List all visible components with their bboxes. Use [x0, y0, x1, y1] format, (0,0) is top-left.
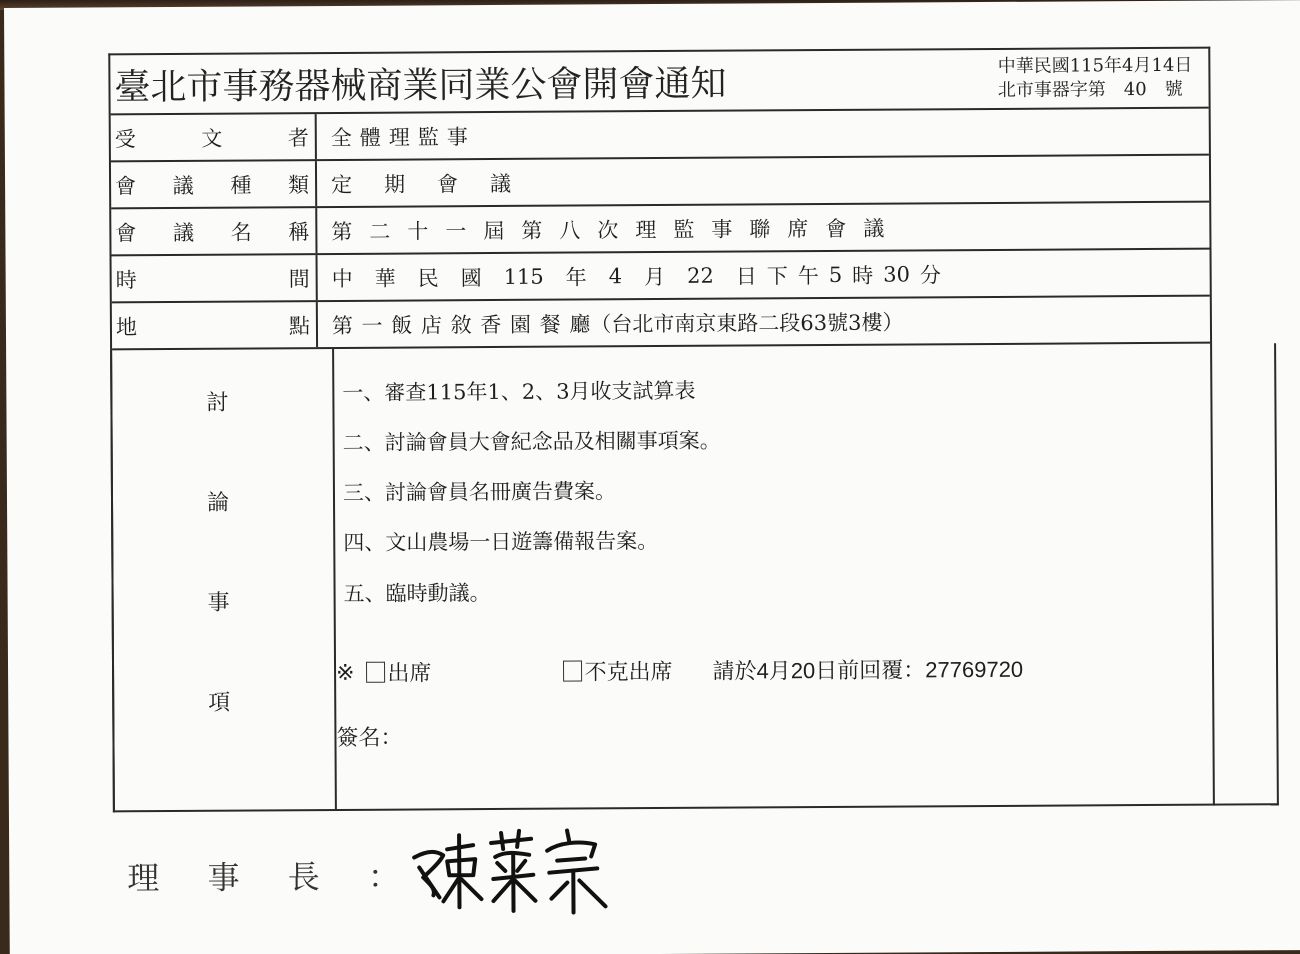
label-char: 議 — [173, 169, 194, 199]
meeting-name-row: 會 議 名 稱 第二十一屆第八次理監事聯席會議 — [111, 203, 1209, 257]
time-part: 30 — [883, 262, 910, 286]
recipient-value: 全體理監事 — [317, 109, 1209, 159]
doc-number: 40 — [1106, 79, 1165, 100]
agenda-label: 討 論 事 項 — [112, 349, 337, 810]
label-char: 種 — [230, 169, 251, 199]
agenda-item: 五、臨時動議。 — [343, 577, 490, 608]
header-row: 臺北市事務器械商業同業公會開會通知 中華民國115年4月14日 北市事器字第40… — [110, 49, 1208, 116]
time-value: 中 華 民 國 115 年 4 月 22 日 下 午 5 時 30 分 — [318, 250, 1210, 300]
decline-label: 不克出席 — [584, 655, 672, 687]
time-part: 中 — [332, 262, 353, 292]
location-label: 地 點 — [112, 302, 318, 348]
agenda-body: 一、審查115年1、2、3月收支試算表 二、討論會員大會紀念品及相關事項案。 三… — [334, 343, 1277, 809]
label-char: 會 — [115, 217, 136, 247]
time-part: 下 — [767, 260, 788, 290]
agenda-item: 二、討論會員大會紀念品及相關事項案。 — [343, 425, 721, 457]
label-char: 事 — [207, 859, 239, 897]
label-char: 名 — [231, 216, 252, 246]
attend-label: 出席 — [387, 656, 431, 687]
label-char: 討 — [206, 386, 228, 417]
time-part: 國 — [461, 262, 482, 292]
signature-field-label: 簽名： — [336, 721, 402, 752]
time-part: 午 — [798, 260, 819, 290]
time-part: 4 — [609, 264, 623, 288]
recipient-label: 受 文 者 — [111, 114, 317, 160]
chairman-signature — [409, 826, 620, 921]
label-char: 地 — [116, 311, 137, 341]
chairman-label: 理 事 長 ： — [127, 851, 438, 899]
agenda-item: 一、審查115年1、2、3月收支試算表 — [342, 375, 695, 407]
handwritten-signature-icon — [409, 826, 620, 917]
label-char: 事 — [208, 586, 230, 617]
location-row: 地 點 第 一 飯 店 敘 香 園 餐 廳（台北市南京東路二段63號3樓） — [112, 297, 1210, 351]
agenda-section: 討 論 事 項 一、審查115年1、2、3月收支試算表 二、討論會員大會紀念品及… — [110, 343, 1279, 812]
label-char: 者 — [288, 122, 309, 152]
doc-number-prefix: 北市事器字第 — [998, 79, 1106, 101]
label-char: 論 — [207, 486, 229, 517]
time-part: 華 — [375, 262, 396, 292]
meeting-type-value: 定期會議 — [317, 156, 1209, 206]
meeting-name-value: 第二十一屆第八次理監事聯席會議 — [317, 203, 1209, 253]
label-char: 文 — [201, 122, 222, 152]
meeting-notice-form: 臺北市事務器械商業同業公會開會通知 中華民國115年4月14日 北市事器字第40… — [108, 47, 1215, 813]
label-char: 時 — [116, 264, 137, 294]
label-char: ： — [368, 858, 400, 896]
meeting-type-label: 會 議 種 類 — [111, 161, 317, 207]
paper-sheet: 臺北市事務器械商業同業公會開會通知 中華民國115年4月14日 北市事器字第40… — [4, 0, 1300, 954]
recipient-row: 受 文 者 全體理監事 — [111, 109, 1209, 163]
time-part: 115 — [504, 264, 544, 288]
time-part: 日 — [736, 260, 757, 290]
time-part: 時 — [852, 259, 873, 289]
time-part: 22 — [687, 263, 714, 287]
document-title: 臺北市事務器械商業同業公會開會通知 — [110, 55, 726, 110]
time-part: 分 — [920, 259, 941, 289]
label-char: 會 — [115, 170, 136, 200]
agenda-item: 四、文山農場一日遊籌備報告案。 — [343, 525, 658, 557]
reply-note: 請於4月20日前回覆：27769720 — [712, 653, 1023, 686]
time-part: 年 — [566, 261, 587, 291]
note-marker: ※ — [336, 659, 355, 685]
label-char: 間 — [289, 263, 310, 293]
label-char: 長 — [288, 858, 320, 896]
meeting-name-label: 會 議 名 稱 — [111, 208, 317, 254]
time-row: 時 間 中 華 民 國 115 年 4 月 22 日 下 午 5 — [112, 250, 1210, 304]
doc-number-suffix: 號 — [1165, 79, 1183, 100]
label-char: 議 — [173, 216, 194, 246]
document-number-block: 中華民國115年4月14日 北市事器字第40號 — [998, 54, 1209, 103]
time-part: 5 — [829, 262, 843, 286]
document-date: 中華民國115年4月14日 — [998, 54, 1193, 79]
label-char: 稱 — [288, 216, 309, 246]
label-char: 點 — [289, 310, 310, 340]
label-char: 類 — [288, 169, 309, 199]
time-label: 時 間 — [112, 255, 318, 301]
agenda-item: 三、討論會員名冊廣告費案。 — [343, 475, 616, 507]
time-part: 月 — [644, 260, 665, 290]
time-part: 民 — [418, 262, 439, 292]
meeting-type-row: 會 議 種 類 定期會議 — [111, 156, 1209, 210]
label-char: 受 — [115, 123, 136, 153]
decline-checkbox[interactable] — [563, 660, 582, 681]
rsvp-line: ※ 出席 不克出席 請於4月20日前回覆：27769720 — [336, 653, 1023, 688]
document-number: 北市事器字第40號 — [998, 78, 1193, 103]
label-char: 理 — [127, 859, 159, 897]
location-value: 第 一 飯 店 敘 香 園 餐 廳（台北市南京東路二段63號3樓） — [318, 297, 1210, 347]
label-char: 項 — [208, 686, 230, 717]
attend-checkbox[interactable] — [366, 662, 385, 683]
